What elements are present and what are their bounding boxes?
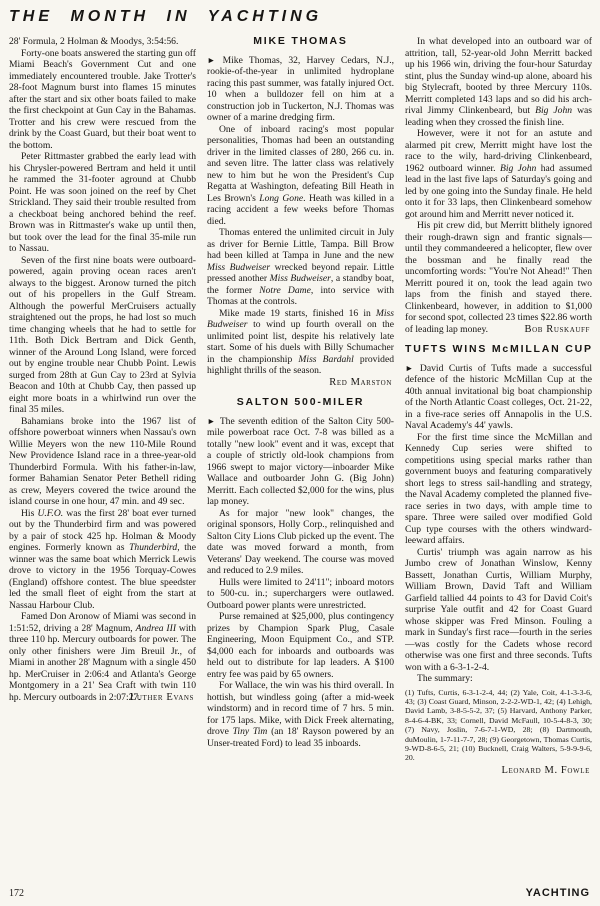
paragraph: Forty-one boats answered the starting gu… bbox=[9, 48, 196, 152]
article-start-arrow-icon: ► bbox=[405, 363, 414, 373]
section-heading: TUFTS WINS McMILLAN CUP bbox=[405, 344, 592, 356]
page-number: 172 bbox=[9, 888, 24, 899]
paragraph: Hulls were limited to 24'11"; inboard mo… bbox=[207, 577, 394, 612]
paragraph: Mike made 19 starts, finished 16 in Miss… bbox=[207, 308, 394, 377]
page-footer: 172 YACHTING bbox=[9, 887, 590, 899]
paragraph: For the first time since the McMillan an… bbox=[405, 432, 592, 547]
byline: Red Marston bbox=[207, 377, 392, 389]
column-middle: MIKE THOMAS► Mike Thomas, 32, Harvey Ced… bbox=[207, 36, 394, 884]
paragraph: Thomas entered the unlimited circuit in … bbox=[207, 227, 394, 308]
section-heading: MIKE THOMAS bbox=[207, 36, 394, 48]
page-title: THE MONTH IN YACHTING bbox=[9, 8, 592, 26]
paragraph: Curtis' triumph was again narrow as his … bbox=[405, 547, 592, 674]
column-right: In what developed into an outboard war o… bbox=[405, 36, 592, 884]
paragraph: ► David Curtis of Tufts made a successfu… bbox=[405, 363, 592, 432]
article-start-arrow-icon: ► bbox=[207, 416, 216, 426]
paragraph: For Wallace, the win was his third overa… bbox=[207, 680, 394, 749]
magazine-name: YACHTING bbox=[526, 887, 590, 899]
results-summary: (1) Tufts, Curtis, 6-3-1-2-4, 44; (2) Ya… bbox=[405, 688, 592, 763]
paragraph: His pit crew did, but Merritt blithely i… bbox=[405, 220, 592, 335]
paragraph: Bahamians broke into the 1967 list of of… bbox=[9, 416, 196, 508]
paragraph: Famed Don Aronow of Miami was second in … bbox=[9, 611, 196, 703]
article-start-arrow-icon: ► bbox=[207, 55, 216, 65]
article-columns: 28' Formula, 2 Holman & Moodys, 3:54:56.… bbox=[9, 36, 592, 884]
paragraph: As for major "new look" changes, the ori… bbox=[207, 508, 394, 577]
paragraph: Peter Rittmaster grabbed the early lead … bbox=[9, 151, 196, 255]
paragraph: ► Mike Thomas, 32, Harvey Cedars, N.J., … bbox=[207, 55, 394, 124]
paragraph: One of inboard racing's most popular per… bbox=[207, 124, 394, 228]
byline: Leonard M. Fowle bbox=[405, 765, 590, 777]
paragraph: 28' Formula, 2 Holman & Moodys, 3:54:56. bbox=[9, 36, 196, 48]
paragraph: His U.F.O. was the first 28' boat ever t… bbox=[9, 508, 196, 612]
paragraph: Seven of the first nine boats were outbo… bbox=[9, 255, 196, 416]
magazine-page: THE MONTH IN YACHTING 28' Formula, 2 Hol… bbox=[0, 0, 600, 906]
paragraph: However, were it not for an astute and a… bbox=[405, 128, 592, 220]
paragraph: In what developed into an outboard war o… bbox=[405, 36, 592, 128]
column-left: 28' Formula, 2 Holman & Moodys, 3:54:56.… bbox=[9, 36, 196, 884]
section-heading: SALTON 500-MILER bbox=[207, 397, 394, 409]
paragraph: Purse remained at $25,000, plus continge… bbox=[207, 611, 394, 680]
paragraph: ► The seventh edition of the Salton City… bbox=[207, 416, 394, 508]
paragraph: The summary: bbox=[405, 673, 592, 685]
